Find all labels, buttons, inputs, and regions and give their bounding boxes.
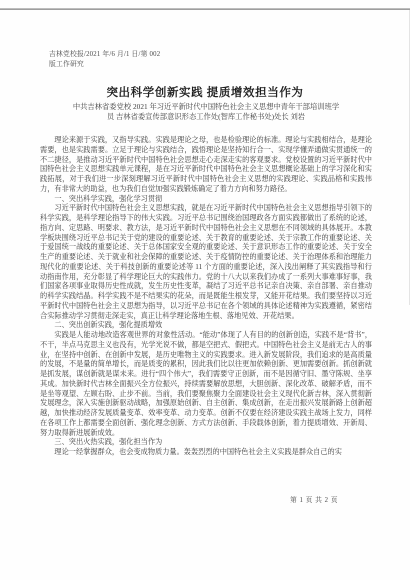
publication-issue-info: 吉林党校报/2021 年/6 月/1 日/第 002 [49,50,160,60]
paragraph-section-3-partial: 理论一经掌握群众，也会变成物质力量。轰轰烈烈的中国特色社会主义实践是群众自己的实 [40,448,372,458]
document-page: 吉林党校报/2021 年/6 月/1 日/第 002 版工作研究 突出科学创新实… [0,0,410,580]
article-byline: 中共吉林省委党校 2021 年习近平新时代中国特色社会主义思想中青年干部培训班学… [40,102,372,122]
publication-section-label: 版工作研究 [49,60,160,70]
article-title: 突出科学创新实践 提质增效担当作为 [0,84,410,100]
paragraph-section-2: 实践是人能动地改造客观世界的对象性活动。“能动”体现了人有目的的创新创造，实践不… [40,331,372,438]
section-heading-3: 三、突出火热实践，强化担当作为 [40,438,372,448]
paragraph-section-1: 习近平新时代中国特色社会主义思想实践，就是在习近平新时代中国特色社会主义思想指导… [40,204,372,321]
paragraph-intro: 理论来源于实践，又指导实践。实践是理论之母，也是检验理论的标准。理论与实践相结合… [40,136,372,195]
top-divider [0,8,410,10]
byline-line-2: 员 吉林省委宣传部意识形态工作处(智库工作秘书处)处长 刘岩 [40,112,372,122]
page-number: 第 1 页 共 2 页 [290,494,338,504]
article-body: 理论来源于实践，又指导实践。实践是理论之母，也是检验理论的标准。理论与实践相结合… [40,136,372,458]
byline-line-1: 中共吉林省委党校 2021 年习近平新时代中国特色社会主义思想中青年干部培训班学 [40,102,372,112]
publication-header: 吉林党校报/2021 年/6 月/1 日/第 002 版工作研究 [49,50,160,70]
section-heading-2: 二、突出创新实践，强化提质增效 [40,321,372,331]
section-heading-1: 一、突出科学实践，强化学习贯彻 [40,195,372,205]
